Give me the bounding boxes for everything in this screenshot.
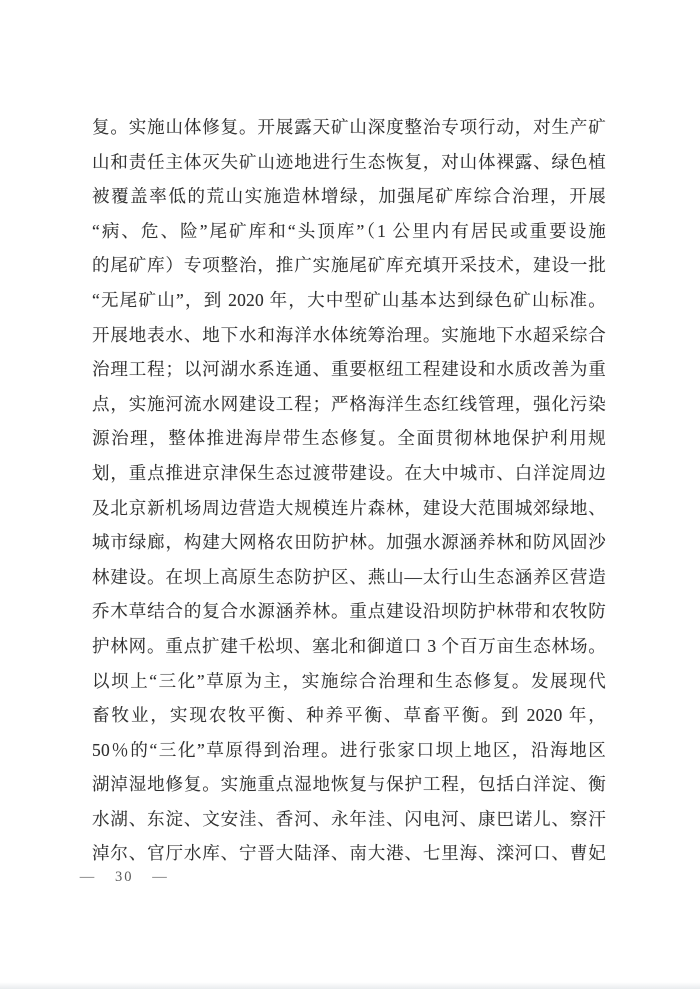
body-text: 复。实施山体修复。开展露天矿山深度整治专项行动，对生产矿山和责任主体灭失矿山迹地… — [92, 110, 606, 871]
text-line: 乔木草结合的复合水源涵养林。重点建设沿坝防护林带和农牧防 — [92, 594, 606, 629]
page-number: —30— — [75, 869, 174, 886]
page-number-value: 30 — [101, 869, 148, 886]
text-line: 复。实施山体修复。开展露天矿山深度整治专项行动，对生产矿 — [92, 110, 606, 145]
page-number-dash-right: — — [148, 869, 174, 886]
text-line: 城市绿廊，构建大网格农田防护林。加强水源涵养林和防风固沙 — [92, 525, 606, 560]
document-page: 复。实施山体修复。开展露天矿山深度整治专项行动，对生产矿山和责任主体灭失矿山迹地… — [0, 0, 700, 989]
text-line: 开展地表水、地下水和海洋水体统筹治理。实施地下水超采综合 — [92, 318, 606, 353]
scan-bottom-edge — [0, 982, 700, 989]
text-line: 以坝上“三化”草原为主，实施综合治理和生态修复。发展现代 — [92, 664, 606, 699]
text-line: 的尾矿库）专项整治，推广实施尾矿库充填开采技术，建设一批 — [92, 248, 606, 283]
text-line: 山和责任主体灭失矿山迹地进行生态恢复，对山体裸露、绿色植 — [92, 145, 606, 180]
text-line: 划，重点推进京津保生态过渡带建设。在大中城市、白洋淀周边 — [92, 456, 606, 491]
text-line: 点，实施河流水网建设工程；严格海洋生态红线管理，强化污染 — [92, 387, 606, 422]
text-line: 治理工程；以河湖水系连通、重要枢纽工程建设和水质改善为重 — [92, 352, 606, 387]
text-line: “无尾矿山”，到 2020 年，大中型矿山基本达到绿色矿山标准。 — [92, 283, 606, 318]
text-line: 50％的“三化”草原得到治理。进行张家口坝上地区，沿海地区 — [92, 733, 606, 768]
text-line: 林建设。在坝上高原生态防护区、燕山—太行山生态涵养区营造 — [92, 560, 606, 595]
text-line: “病、危、险”尾矿库和“头顶库”（1 公里内有居民或重要设施 — [92, 214, 606, 249]
text-line: 护林网。重点扩建千松坝、塞北和御道口 3 个百万亩生态林场。 — [92, 629, 606, 664]
text-line: 及北京新机场周边营造大规模连片森林，建设大范围城郊绿地、 — [92, 491, 606, 526]
text-line: 淖尔、官厅水库、宁晋大陆泽、南大港、七里海、滦河口、曹妃 — [92, 836, 606, 871]
page-number-dash-left: — — [75, 869, 101, 886]
text-line: 源治理，整体推进海岸带生态修复。全面贯彻林地保护利用规 — [92, 421, 606, 456]
text-line: 畜牧业，实现农牧平衡、种养平衡、草畜平衡。到 2020 年， — [92, 698, 606, 733]
text-line: 被覆盖率低的荒山实施造林增绿，加强尾矿库综合治理，开展 — [92, 179, 606, 214]
text-line: 水湖、东淀、文安洼、香河、永年洼、闪电河、康巴诺儿、察汗 — [92, 802, 606, 837]
text-line: 湖淖湿地修复。实施重点湿地恢复与保护工程，包括白洋淀、衡 — [92, 767, 606, 802]
